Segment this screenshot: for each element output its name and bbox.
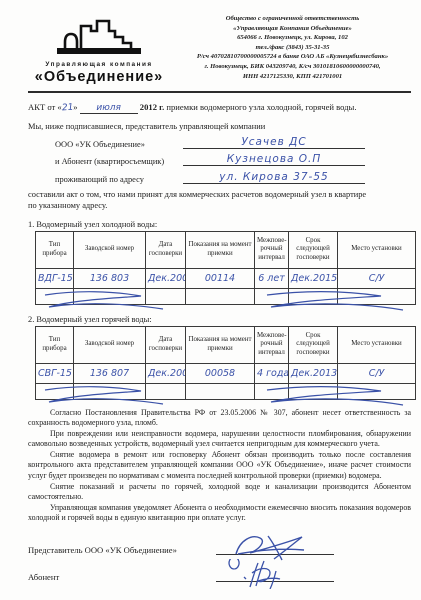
table-header-row: Тип прибора Заводской номер Дата госпове… <box>36 326 416 363</box>
signature-line <box>216 567 334 582</box>
company-logo: Управляющая компания «Объединение» <box>28 10 170 85</box>
requisite-line: тел./факс (3843) 35-31-35 <box>176 43 409 53</box>
statement-line-1: составили акт о том, что нами принят для… <box>28 190 411 199</box>
table-empty-row <box>36 383 416 399</box>
next-verification-value: Дек.2015 <box>289 268 338 288</box>
table-header-row: Тип прибора Заводской номер Дата госпове… <box>36 231 416 268</box>
city-skyline-icon <box>28 18 170 60</box>
paragraph: При повреждении или неисправности водоме… <box>28 429 411 450</box>
hot-water-meter-table: Тип прибора Заводской номер Дата госпове… <box>35 326 416 400</box>
col-header: Показания на момент приемки <box>186 231 255 268</box>
col-header: Место установки <box>338 326 416 363</box>
serial-number-value: 136 803 <box>74 268 146 288</box>
cold-water-table-wrap: Тип прибора Заводской номер Дата госпове… <box>35 231 415 305</box>
signature-row-representative: Представитель ООО «УК Объединение» <box>28 540 411 555</box>
signature-label: Представитель ООО «УК Объединение» <box>28 545 216 555</box>
col-header: Межпове-рочный интервал <box>255 231 289 268</box>
party-label: ООО «УК Объединение» <box>55 140 183 149</box>
signature-abonent <box>224 559 314 589</box>
requisite-line: г. Новокузнецк, БИК 043209740, К/сч 3010… <box>176 62 409 72</box>
requisite-line: 654066 г. Новокузнецк, ул. Кирова, 102 <box>176 33 409 43</box>
party-row-address: проживающий по адресу ул. Кирова 37-55 <box>55 169 411 184</box>
table-empty-row <box>36 288 416 304</box>
next-verification-value: Дек.2013 <box>289 363 338 383</box>
handwritten-representative-name: Усачев ДС <box>183 137 365 149</box>
paragraph: Управляющая компания уведомляет Абонента… <box>28 503 411 524</box>
logo-tagline: Управляющая компания <box>28 61 170 68</box>
col-header: Заводской номер <box>74 326 146 363</box>
handwritten-address: ул. Кирова 37-55 <box>183 172 365 184</box>
requisite-line: ИНН 4217125330, КПП 421701001 <box>176 72 409 82</box>
col-header: Показания на момент приемки <box>186 326 255 363</box>
party-label: и Абонент (квартиросъемщик) <box>55 157 183 166</box>
handwritten-month: июля <box>80 103 138 114</box>
party-row-company: ООО «УК Объединение» Усачев ДС <box>55 134 411 149</box>
verification-date-value: Дек.2009 <box>146 268 186 288</box>
handwritten-day: 21 <box>61 103 73 114</box>
signature-label: Абонент <box>28 572 216 582</box>
install-place-value: С/У <box>338 363 416 383</box>
reading-value: 00114 <box>186 268 255 288</box>
letterhead: Управляющая компания «Объединение» Общес… <box>0 0 421 85</box>
title-quote-close: » <box>73 102 77 112</box>
meter-type-value: ВДГ-15 <box>36 268 74 288</box>
logo-company-name: «Объединение» <box>28 69 170 85</box>
col-header: Дата госповерки <box>146 231 186 268</box>
table-caption-cold-water: 1. Водомерный узел холодной воды: <box>28 220 411 229</box>
interval-value: 6 лет <box>255 268 289 288</box>
intro-line: Мы, ниже подписавшиеся, представитель уп… <box>28 122 411 131</box>
document-title: АКТ от «21» июля 2012 г. приемки водомер… <box>28 102 411 114</box>
scanned-act-document: Управляющая компания «Объединение» Общес… <box>0 0 421 600</box>
interval-value: 4 года <box>255 363 289 383</box>
title-rest: приемки водомерного узла холодной, горяч… <box>166 102 356 112</box>
col-header: Межпове-рочный интервал <box>255 326 289 363</box>
col-header: Дата госповерки <box>146 326 186 363</box>
paragraph: Согласно Постановления Правительства РФ … <box>28 408 411 429</box>
signature-representative <box>224 532 314 562</box>
header-divider <box>28 91 411 93</box>
col-header: Заводской номер <box>74 231 146 268</box>
col-header: Тип прибора <box>36 326 74 363</box>
party-row-abonent: и Абонент (квартиросъемщик) Кузнецова О.… <box>55 152 411 167</box>
handwritten-abonent-name: Кузнецова О.П <box>183 154 365 166</box>
meter-type-value: СВГ-15 <box>36 363 74 383</box>
col-header: Тип прибора <box>36 231 74 268</box>
title-prefix: АКТ от « <box>28 102 62 112</box>
install-place-value: С/У <box>338 268 416 288</box>
serial-number-value: 136 807 <box>74 363 146 383</box>
cold-water-meter-table: Тип прибора Заводской номер Дата госпове… <box>35 231 416 305</box>
table-row: СВГ-15 136 807 Дек.2009 00058 4 года Дек… <box>36 363 416 383</box>
requisite-line: Р/сч 40702810700000005724 в банке ОАО АБ… <box>176 52 409 62</box>
col-header: Срок следующей госповерки <box>289 326 338 363</box>
col-header: Место установки <box>338 231 416 268</box>
requisite-line: «Управляющая Компания Объединение» <box>176 24 409 34</box>
table-caption-hot-water: 2. Водомерный узел горячей воды: <box>28 315 411 324</box>
signature-row-abonent: Абонент <box>28 567 411 582</box>
paragraph: Снятие показаний и расчеты по горячей, х… <box>28 482 411 503</box>
company-requisites: Общество с ограниченной ответственность … <box>170 10 413 85</box>
requisite-line: Общество с ограниченной ответственность <box>176 14 409 24</box>
party-label: проживающий по адресу <box>55 175 183 184</box>
statement-line-2: по указанному адресу. <box>28 201 411 210</box>
verification-date-value: Дек.2009 <box>146 363 186 383</box>
reading-value: 00058 <box>186 363 255 383</box>
terms-paragraphs: Согласно Постановления Правительства РФ … <box>28 408 411 525</box>
paragraph: Снятие водомера в ремонт или госповерку … <box>28 450 411 482</box>
col-header: Срок следующей госповерки <box>289 231 338 268</box>
signature-line <box>216 540 334 555</box>
table-row: ВДГ-15 136 803 Дек.2009 00114 6 лет Дек.… <box>36 268 416 288</box>
title-year: 2012 г. <box>140 102 164 112</box>
hot-water-table-wrap: Тип прибора Заводской номер Дата госпове… <box>35 326 415 400</box>
